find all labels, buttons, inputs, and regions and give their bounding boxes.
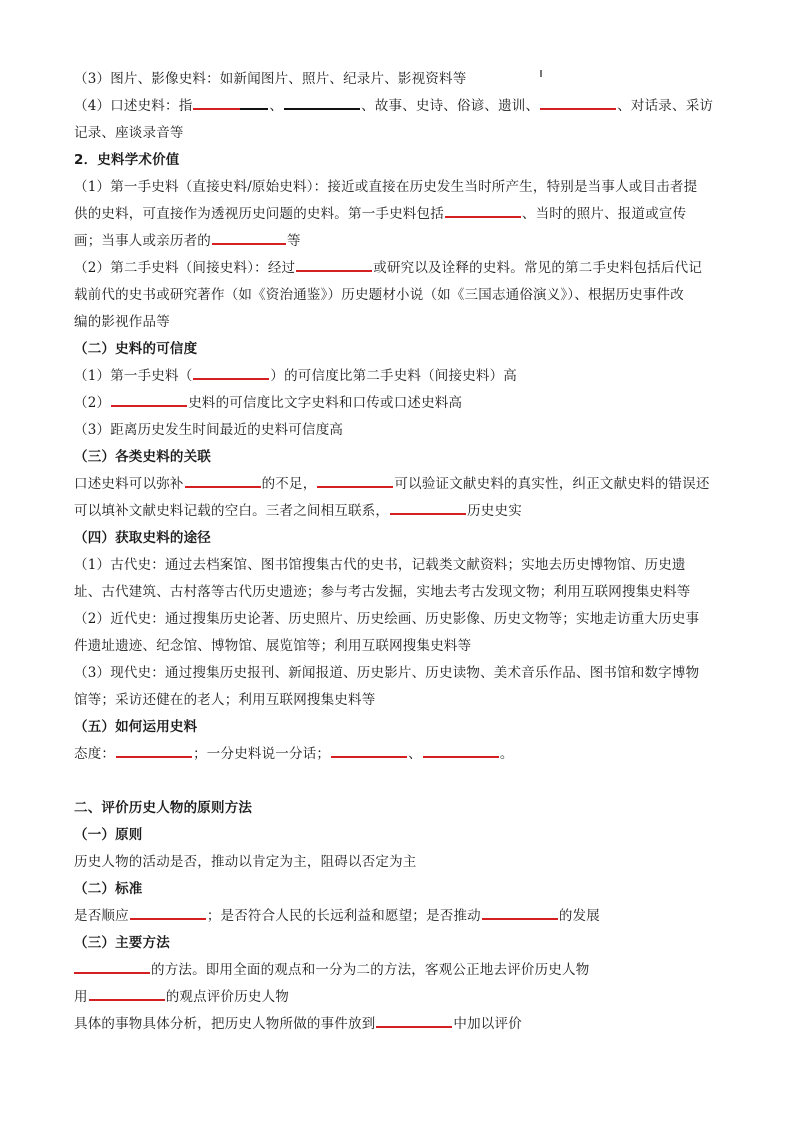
fill-blank[interactable] bbox=[130, 906, 206, 920]
fill-blank[interactable] bbox=[193, 366, 269, 380]
fill-blank[interactable] bbox=[331, 744, 407, 758]
acquire-contemporary-1: （3）现代史：通过搜集历史报刊、新闻报道、历史影片、历史读物、美术音乐作品、图书… bbox=[74, 660, 724, 687]
secondary-source-line2: 载前代的史书或研究著作（如《资治通鉴》）历史题材小说（如《三国志通俗演义》）、根… bbox=[74, 282, 724, 309]
fill-blank[interactable] bbox=[284, 96, 360, 110]
section-heading-principle: （一）原则 bbox=[74, 822, 724, 849]
primary-source-line1: （1）第一手史料（直接史料/原始史料）：接近或直接在历史发生当时所产生，特别是当… bbox=[74, 174, 724, 201]
spacer bbox=[74, 768, 724, 795]
fill-blank[interactable] bbox=[296, 258, 372, 272]
fill-blank[interactable] bbox=[111, 393, 187, 407]
credibility-item3: （3）距离历史发生时间最近的史料可信度高 bbox=[74, 417, 724, 444]
relation-line2: 可以填补文献史料记载的空白。三者之间相互联系，历史史实 bbox=[74, 498, 724, 525]
fill-blank[interactable] bbox=[540, 96, 616, 110]
credibility-item2: （2）史料的可信度比文字史料和口传或口述史料高 bbox=[74, 390, 724, 417]
fill-blank[interactable] bbox=[74, 960, 150, 974]
principle-text: 历史人物的活动是否，推动以肯定为主，阻碍以否定为主 bbox=[74, 849, 724, 876]
primary-source-line2: 供的史料，可直接作为透视历史问题的史料。第一手史料包括、当时的照片、报道或宣传 bbox=[74, 201, 724, 228]
acquire-ancient-2: 址、古代建筑、古村落等古代历史遗迹；参与考古发掘，实地去考古发现文物；利用互联网… bbox=[74, 579, 724, 606]
standard-line: 是否顺应；是否符合人民的长远利益和愿望；是否推动的发展 bbox=[74, 903, 724, 930]
part2-heading: 二、评价历史人物的原则方法 bbox=[74, 795, 724, 822]
fill-blank[interactable] bbox=[89, 987, 165, 1001]
acquire-contemporary-2: 馆等；采访还健在的老人；利用互联网搜集史料等 bbox=[74, 687, 724, 714]
item-oral-sources-cont: 记录、座谈录音等 bbox=[74, 120, 724, 147]
credibility-item1: （1）第一手史料（）的可信度比第二手史料（间接史料）高 bbox=[74, 363, 724, 390]
worksheet-page: （3）图片、影像史料：如新闻图片、照片、纪录片、影视资料等 （4）口述史料：指、… bbox=[74, 66, 724, 1038]
section-heading-methods: （三）主要方法 bbox=[74, 930, 724, 957]
method-3: 具体的事物具体分析，把历史人物所做的事件放到中加以评价 bbox=[74, 1011, 724, 1038]
primary-source-line3: 画；当事人或亲历者的等 bbox=[74, 228, 724, 255]
fill-blank[interactable] bbox=[193, 96, 268, 110]
item-image-sources: （3）图片、影像史料：如新闻图片、照片、纪录片、影视资料等 bbox=[74, 66, 724, 93]
fill-blank[interactable] bbox=[423, 744, 499, 758]
relation-line1: 口述史料可以弥补的不足，可以验证文献史料的真实性，纠正文献史料的错误还 bbox=[74, 471, 724, 498]
section-heading-relation: （三）各类史料的关联 bbox=[74, 444, 724, 471]
secondary-source-line1: （2）第二手史料（间接史料）：经过或研究以及诠释的史料。常见的第二手史料包括后代… bbox=[74, 255, 724, 282]
method-1: 的方法。即用全面的观点和一分为二的方法，客观公正地去评价历史人物 bbox=[74, 957, 724, 984]
fill-blank[interactable] bbox=[212, 231, 286, 245]
acquire-modern-1: （2）近代史：通过搜集历史论著、历史照片、历史绘画、历史影像、历史文物等；实地走… bbox=[74, 606, 724, 633]
item-oral-sources: （4）口述史料：指、、故事、史诗、俗谚、遗训、、对话录、采访 bbox=[74, 93, 724, 120]
fill-blank[interactable] bbox=[116, 744, 192, 758]
acquire-modern-2: 件遗址遗迹、纪念馆、博物馆、展览馆等；利用互联网搜集史料等 bbox=[74, 633, 724, 660]
section-heading-academic-value: 2．史料学术价值 bbox=[74, 147, 724, 174]
method-2: 用的观点评价历史人物 bbox=[74, 984, 724, 1011]
fill-blank[interactable] bbox=[317, 474, 393, 488]
section-heading-credibility: （二）史料的可信度 bbox=[74, 336, 724, 363]
fill-blank[interactable] bbox=[390, 501, 466, 515]
fill-blank[interactable] bbox=[185, 474, 261, 488]
acquire-ancient-1: （1）古代史：通过去档案馆、图书馆搜集古代的史书，记载类文献资料；实地去历史博物… bbox=[74, 552, 724, 579]
fill-blank[interactable] bbox=[445, 204, 521, 218]
section-heading-standard: （二）标准 bbox=[74, 876, 724, 903]
fill-blank[interactable] bbox=[482, 906, 558, 920]
section-heading-usage: （五）如何运用史料 bbox=[74, 714, 724, 741]
section-heading-acquire: （四）获取史料的途径 bbox=[74, 525, 724, 552]
secondary-source-line3: 编的影视作品等 bbox=[74, 309, 724, 336]
usage-line: 态度：；一分史料说一分话；、。 bbox=[74, 741, 724, 768]
fill-blank[interactable] bbox=[376, 1014, 452, 1028]
